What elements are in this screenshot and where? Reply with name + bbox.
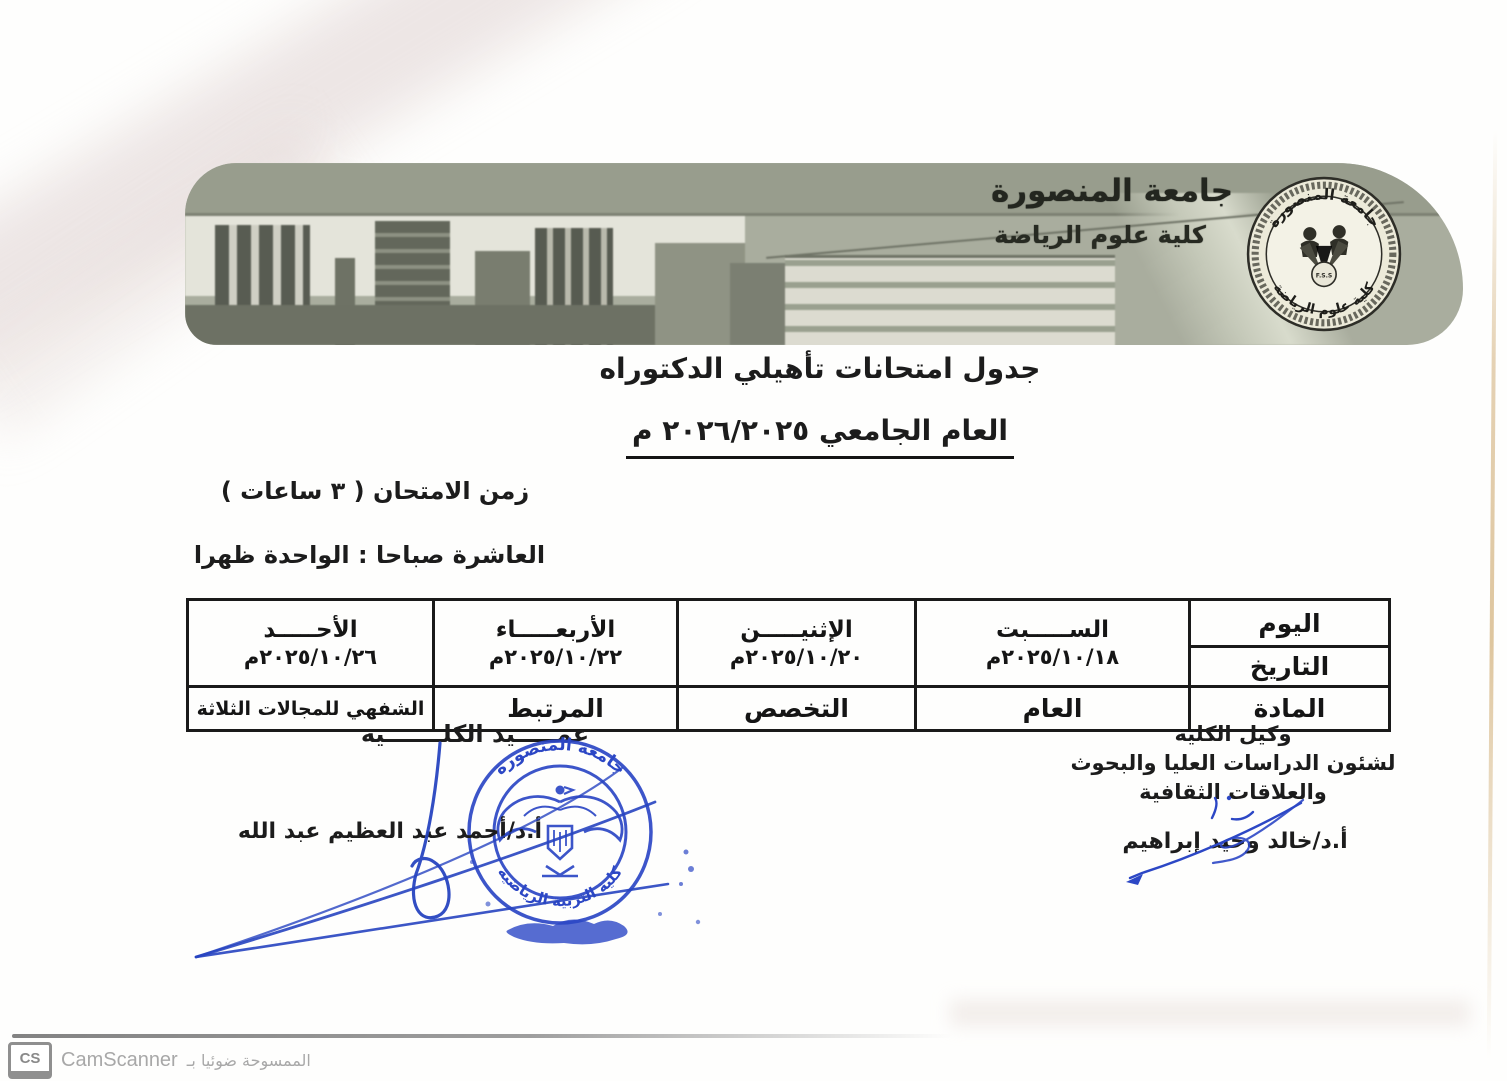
subject-cell: التخصص bbox=[678, 687, 916, 731]
faculty-stamp: جامعة المنصورة كلية التربية الرياضية bbox=[448, 732, 708, 972]
row-label-date: التاريخ bbox=[1190, 647, 1390, 687]
vice-dean-title-block: وكيل الكلية لشئون الدراسات العليا والبحو… bbox=[1068, 720, 1398, 807]
vice-dean-title-line: لشئون الدراسات العليا والبحوث bbox=[1068, 749, 1398, 778]
stamp-arc-bottom: كلية التربية الرياضية bbox=[494, 863, 626, 910]
day-name: الأحـــــد bbox=[193, 616, 428, 645]
header-banner: جامعة المنصورة كلية علوم الرياضة F.S.S ج… bbox=[185, 163, 1463, 345]
footer-separator-line bbox=[12, 1034, 952, 1038]
scan-smudge-artifact bbox=[950, 1000, 1470, 1026]
camscanner-footer: CS CamScanner الممسوحة ضوئيا بـ bbox=[8, 1042, 311, 1079]
exam-date: ٢٠٢٥/١٠/٢٦م bbox=[193, 645, 428, 670]
exam-date: ٢٠٢٥/١٠/٢٠م bbox=[683, 645, 910, 670]
camscanner-label: الممسوحة ضوئيا بـ bbox=[187, 1051, 311, 1070]
exam-schedule-table: اليوم الســـــبت ٢٠٢٥/١٠/١٨م الإثنيـــــ… bbox=[186, 598, 1391, 732]
banner-faculty-name: كلية علوم الرياضة bbox=[975, 221, 1225, 249]
day-name: الإثنيـــــن bbox=[683, 616, 910, 645]
vice-dean-title-line: وكيل الكلية bbox=[1068, 720, 1398, 749]
vice-dean-name: أ.د/خالد وحيد إبراهيم bbox=[1085, 829, 1385, 854]
paper-edge-artifact bbox=[1487, 130, 1497, 1060]
faculty-seal-icon: F.S.S جامعة المنصورة كلية علوم الرياضة bbox=[1243, 173, 1405, 335]
exam-time-line: العاشرة صباحا : الواحدة ظهرا bbox=[182, 541, 557, 569]
stamp-arc-top: جامعة المنصورة bbox=[490, 735, 630, 779]
seal-initials: F.S.S bbox=[1316, 272, 1333, 279]
camscanner-icon: CS bbox=[8, 1042, 52, 1079]
day-date-cell: الإثنيـــــن ٢٠٢٥/١٠/٢٠م bbox=[678, 600, 916, 687]
banner-university-name: جامعة المنصورة bbox=[967, 173, 1257, 209]
document-title: جدول امتحانات تأهيلي الدكتوراه bbox=[470, 352, 1170, 385]
day-date-cell: الأحـــــد ٢٠٢٥/١٠/٢٦م bbox=[188, 600, 434, 687]
dean-name: أ.د/أحمد عبد العظيم عبد الله bbox=[195, 819, 585, 844]
row-label-day: اليوم bbox=[1190, 600, 1390, 647]
exam-duration-line: زمن الامتحان ( ٣ ساعات ) bbox=[200, 477, 550, 505]
day-name: الأربعـــــاء bbox=[439, 616, 672, 645]
day-date-cell: الأربعـــــاء ٢٠٢٥/١٠/٢٢م bbox=[434, 600, 678, 687]
svg-text:جامعة المنصورة: جامعة المنصورة bbox=[490, 735, 630, 779]
academic-year-line: العام الجامعي ٢٠٢٦/٢٠٢٥ م bbox=[470, 414, 1170, 459]
academic-year-text: العام الجامعي ٢٠٢٦/٢٠٢٥ م bbox=[626, 414, 1014, 459]
scanned-document-page: جامعة المنصورة كلية علوم الرياضة F.S.S ج… bbox=[0, 0, 1507, 1081]
camscanner-brand: CamScanner bbox=[61, 1049, 178, 1072]
day-date-cell: الســـــبت ٢٠٢٥/١٠/١٨م bbox=[916, 600, 1190, 687]
vice-dean-title-line: والعلاقات الثقافية bbox=[1068, 778, 1398, 807]
exam-date: ٢٠٢٥/١٠/٢٢م bbox=[439, 645, 672, 670]
day-name: الســـــبت bbox=[921, 616, 1184, 645]
svg-text:كلية التربية الرياضية: كلية التربية الرياضية bbox=[494, 863, 626, 910]
exam-date: ٢٠٢٥/١٠/١٨م bbox=[921, 645, 1184, 670]
